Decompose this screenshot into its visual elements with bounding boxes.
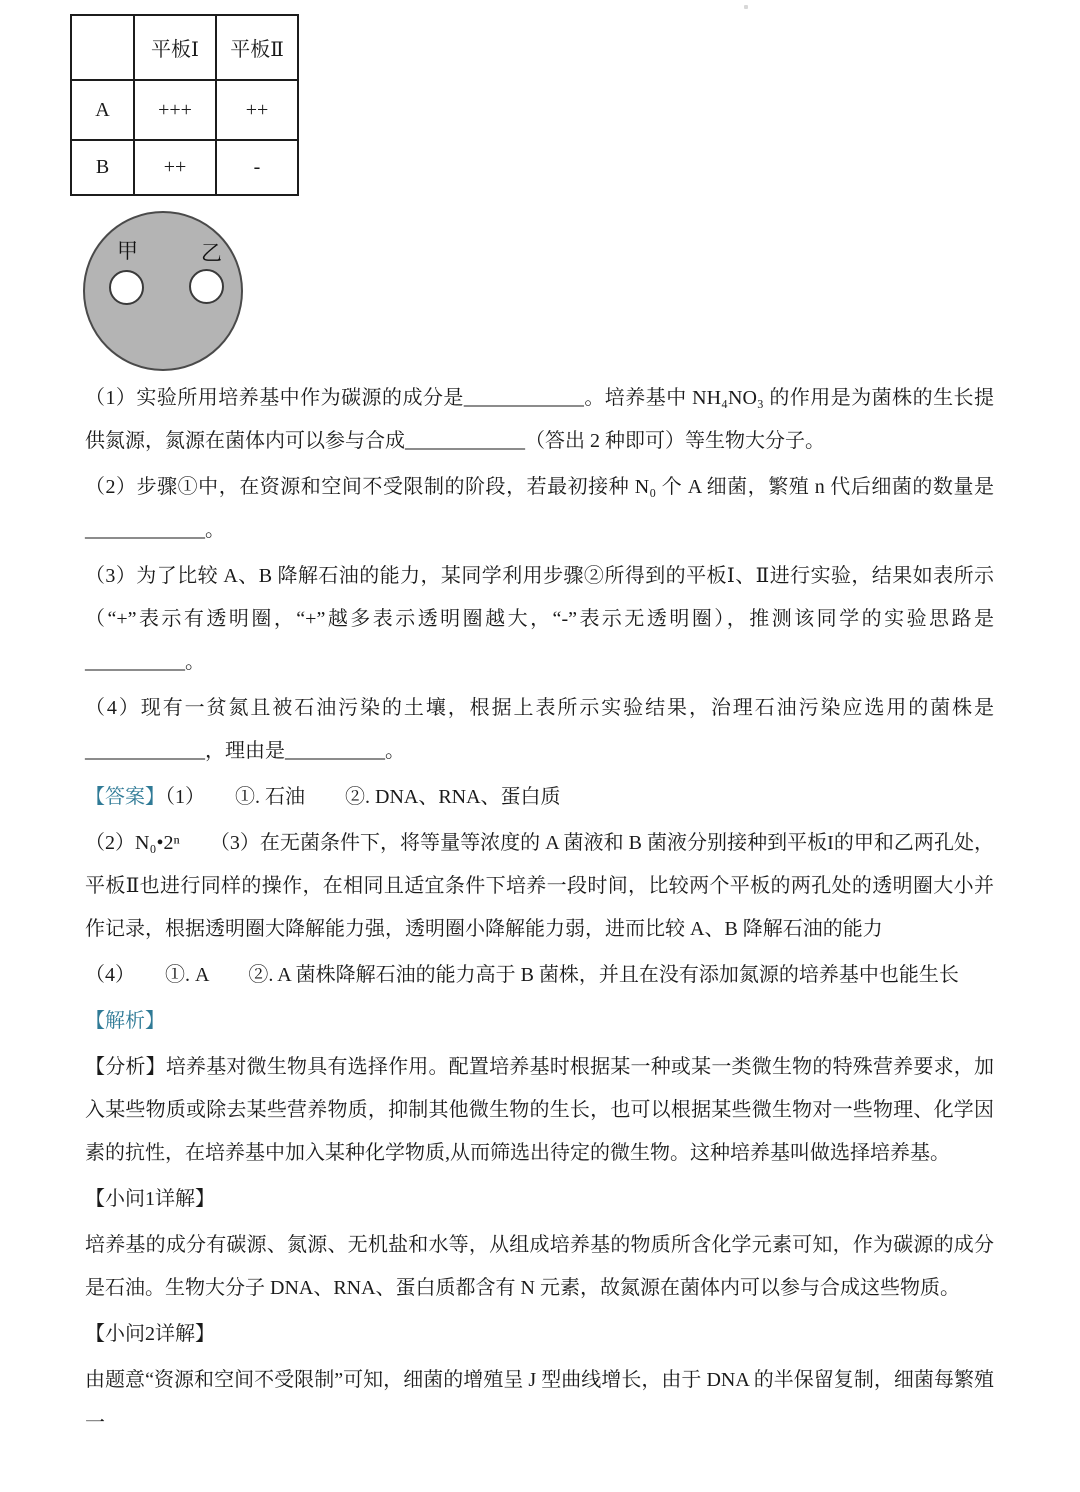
question-3: （3）为了比较 A、B 降解石油的能力，某同学利用步骤②所得到的平板Ⅰ、Ⅱ进行实… [85, 555, 994, 684]
detail-1-heading: 【小问1详解】 [85, 1178, 994, 1221]
analysis-paragraph: 【分析】培养基对微生物具有选择作用。配置培养基时根据某一种或某一类微生物的特殊营… [85, 1046, 994, 1175]
cell-a-plate-1: +++ [134, 80, 216, 140]
table-header-plate-2: 平板Ⅱ [216, 15, 298, 80]
detail-1-body: 培养基的成分有碳源、氮源、无机盐和水等，从组成培养基的物质所含化学元素可知，作为… [85, 1224, 994, 1310]
well-label-jia: 甲 [117, 241, 138, 262]
well-jia-hole [109, 270, 144, 305]
table-header-plate-1: 平板Ⅰ [134, 15, 216, 80]
petri-dish-diagram: 甲 乙 [83, 211, 243, 371]
table-header-empty [71, 15, 134, 80]
detail-2-body: 由题意“资源和空间不受限制”可知，细菌的增殖呈 J 型曲线增长，由于 DNA 的… [85, 1359, 994, 1445]
detail-2-heading: 【小问2详解】 [85, 1313, 994, 1356]
question-4: （4）现有一贫氮且被石油污染的土壤，根据上表所示实验结果，治理石油污染应选用的菌… [85, 687, 994, 773]
well-label-yi: 乙 [201, 243, 222, 264]
analysis-tag: 【解析】 [85, 1000, 994, 1043]
well-yi-hole [189, 269, 224, 304]
plate-result-table: 平板Ⅰ 平板Ⅱ A +++ ++ B ++ - [70, 14, 299, 196]
row-label-a: A [71, 80, 134, 140]
answer-part-1: （1） ①. 石油 ②. DNA、RNA、蛋白质 [165, 786, 561, 808]
answer-line-1: 【答案】（1） ①. 石油 ②. DNA、RNA、蛋白质 [85, 776, 994, 819]
page-artifact-dot [744, 5, 748, 9]
answer-line-2: （2）N₀•2ⁿ （3）在无菌条件下，将等量等浓度的 A 菌液和 B 菌液分别接… [85, 822, 994, 951]
table-header-row: 平板Ⅰ 平板Ⅱ [71, 15, 298, 80]
table-row-strain-b: B ++ - [71, 140, 298, 195]
answer-tag: 【答案】 [85, 786, 165, 808]
table-row-strain-a: A +++ ++ [71, 80, 298, 140]
question-2: （2）步骤①中，在资源和空间不受限制的阶段，若最初接种 N₀ 个 A 细菌，繁殖… [85, 466, 994, 552]
question-and-answer-content: （1）实验所用培养基中作为碳源的成分是____________。培养基中 NH₄… [85, 377, 994, 1448]
question-1: （1）实验所用培养基中作为碳源的成分是____________。培养基中 NH₄… [85, 377, 994, 463]
row-label-b: B [71, 140, 134, 195]
cell-b-plate-2: - [216, 140, 298, 195]
exam-document-page: 平板Ⅰ 平板Ⅱ A +++ ++ B ++ - 甲 乙 （1）实验所用培养基中作… [0, 0, 1080, 1492]
answer-line-3: （4） ①. A ②. A 菌株降解石油的能力高于 B 菌株，并且在没有添加氮源… [85, 954, 994, 997]
cell-a-plate-2: ++ [216, 80, 298, 140]
cell-b-plate-1: ++ [134, 140, 216, 195]
